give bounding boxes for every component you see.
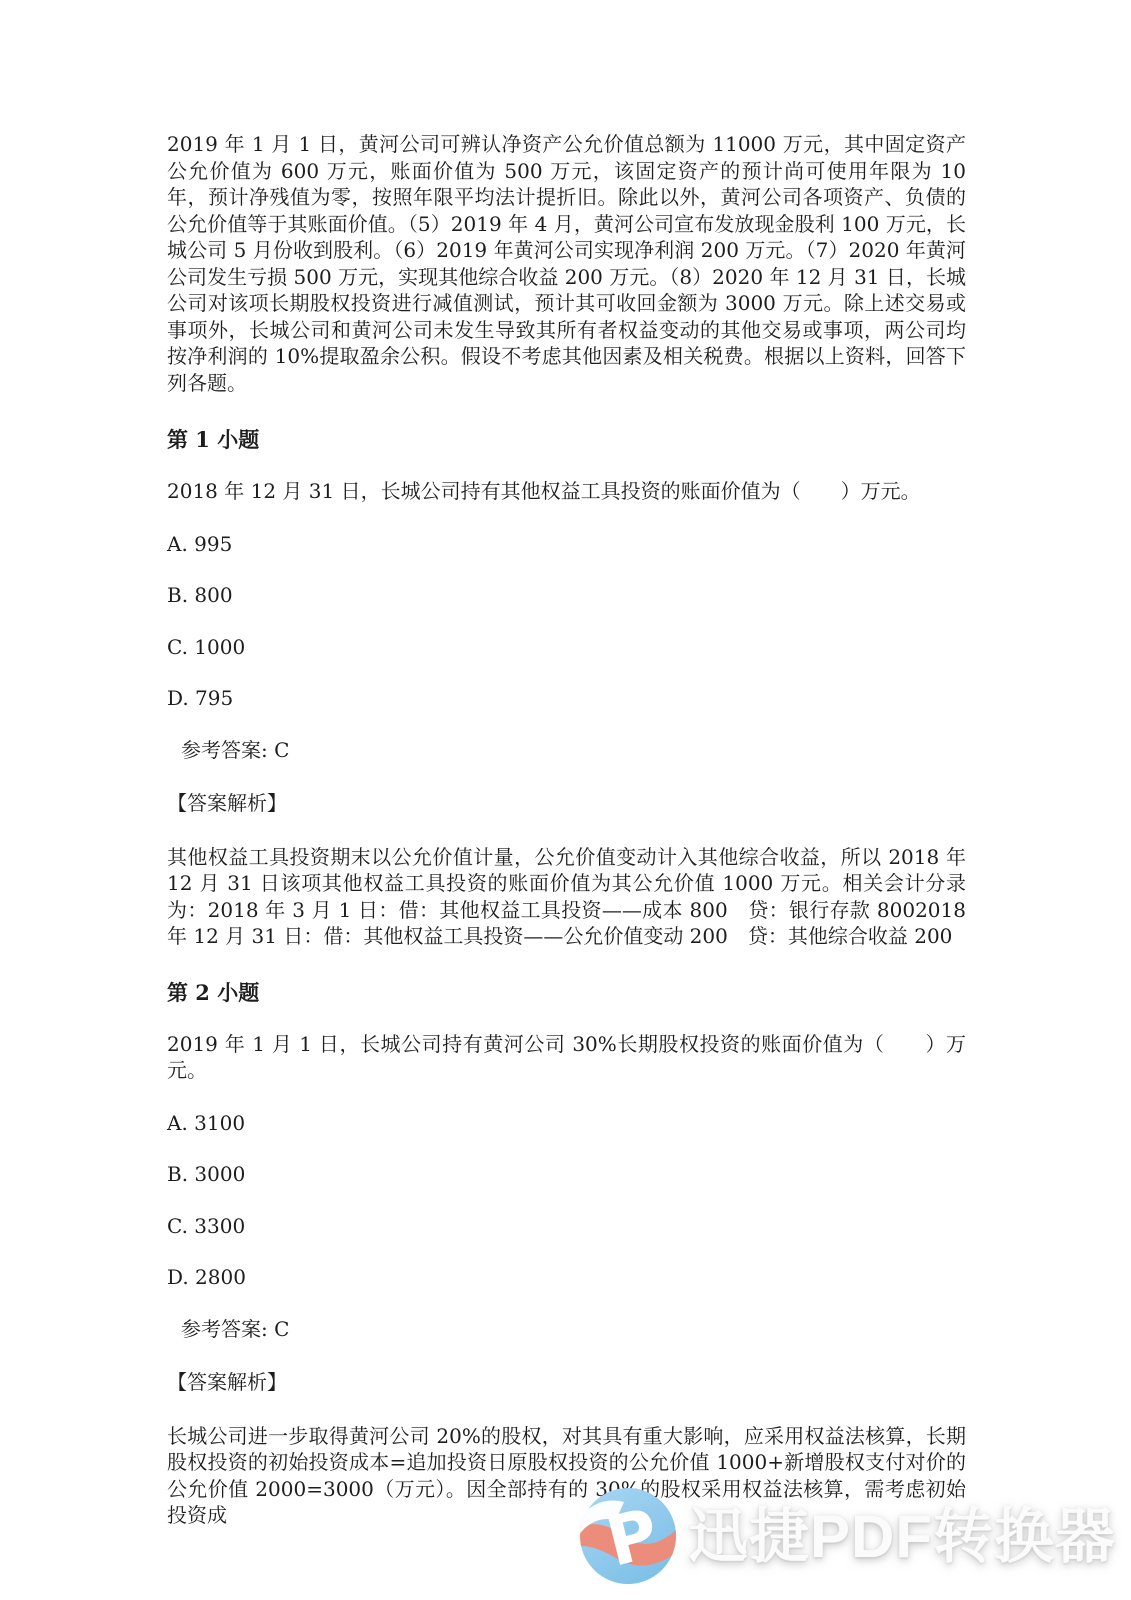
question-2-stem: 2019 年 1 月 1 日，长城公司持有黄河公司 30%长期股权投资的账面价值… — [167, 1031, 966, 1084]
question-1-option-d: D. 795 — [167, 685, 966, 712]
question-1-stem: 2018 年 12 月 31 日，长城公司持有其他权益工具投资的账面价值为（ ）… — [167, 478, 966, 505]
question-1-heading: 第 1 小题 — [167, 426, 966, 454]
question-1-option-b: B. 800 — [167, 582, 966, 609]
question-2-option-d: D. 2800 — [167, 1264, 966, 1291]
watermark-brand-text: 迅捷PDF转换器 — [688, 1489, 1116, 1575]
question-1-option-c: C. 1000 — [167, 634, 966, 661]
exam-document: 2019 年 1 月 1 日，黄河公司可辨认净资产公允价值总额为 11000 万… — [167, 131, 966, 1558]
question-2-option-a: A. 3100 — [167, 1110, 966, 1137]
question-2-option-b: B. 3000 — [167, 1161, 966, 1188]
question-2-heading: 第 2 小题 — [167, 979, 966, 1007]
question-1-answer: 参考答案: C — [167, 737, 966, 764]
watermark: P 迅捷PDF转换器 — [578, 1486, 1116, 1586]
question-2-option-c: C. 3300 — [167, 1213, 966, 1240]
pdf-converter-logo-icon: P — [578, 1486, 678, 1586]
question-2-analysis-title: 【答案解析】 — [167, 1369, 966, 1396]
question-1-analysis-title: 【答案解析】 — [167, 790, 966, 817]
question-1-analysis: 其他权益工具投资期末以公允价值计量，公允价值变动计入其他综合收益，所以 2018… — [167, 844, 966, 950]
question-1-section: 第 1 小题 2018 年 12 月 31 日，长城公司持有其他权益工具投资的账… — [167, 426, 966, 950]
intro-paragraph: 2019 年 1 月 1 日，黄河公司可辨认净资产公允价值总额为 11000 万… — [167, 131, 966, 396]
question-2-section: 第 2 小题 2019 年 1 月 1 日，长城公司持有黄河公司 30%长期股权… — [167, 979, 966, 1529]
question-2-answer: 参考答案: C — [167, 1316, 966, 1343]
question-1-option-a: A. 995 — [167, 531, 966, 558]
